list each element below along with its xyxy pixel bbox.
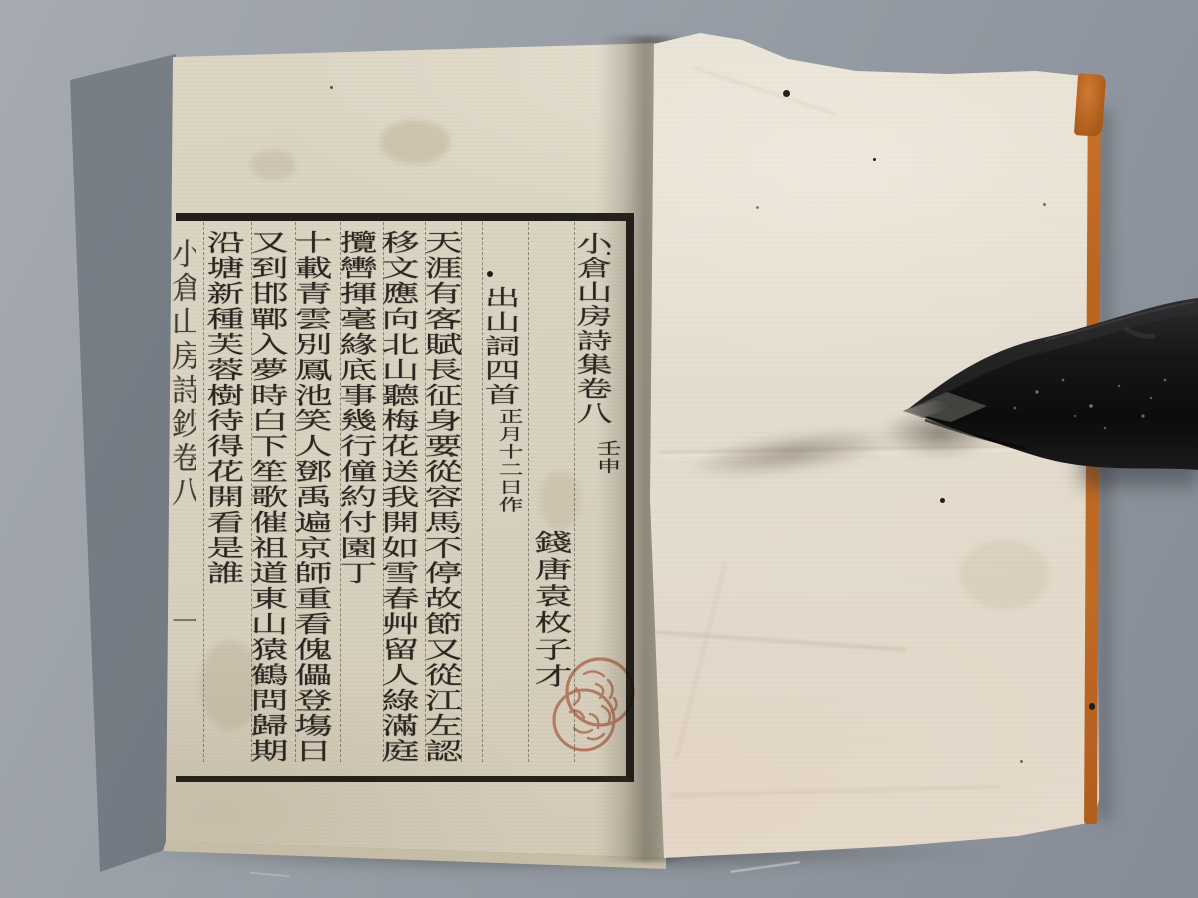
page-speck: [873, 158, 876, 161]
poem-line-4: 十載青雲別鳳池笑人鄧禹遍京師重看傀儡登塲日: [297, 230, 337, 764]
page-crease: [670, 786, 1000, 797]
paper-stain: [960, 540, 1050, 610]
poem-line-3: 攬轡揮毫緣底事幾行僮約付園丁: [342, 230, 382, 586]
page-number-text: 一: [170, 606, 196, 640]
page-speck: [783, 90, 790, 97]
running-title-fold: 小倉山房詩鈔卷八: [170, 238, 196, 530]
photo-of-antique-book: 小倉山房詩鈔卷八 一 小倉山房詩集卷八 壬申 錢唐袁枚子才 出山詞四首 正月十二…: [0, 0, 1198, 898]
page-speck: [1043, 203, 1046, 206]
edge-speck: [1089, 703, 1095, 710]
page-crease: [656, 631, 906, 650]
poem-line-5: 又到邯鄲入夢時白下笙歌催祖道東山猿鶴問歸期: [253, 230, 293, 764]
page-number-fold: 一: [170, 606, 196, 642]
poem-date-note: 正月十二日作: [498, 408, 526, 514]
paperweight: [895, 288, 1198, 478]
cover-corner: [1074, 73, 1106, 137]
page-speck: [940, 498, 945, 503]
page-crease: [693, 67, 836, 115]
poem-line-6: 沿塘新種芙蓉樹待得花開看是誰: [209, 230, 249, 586]
paper-stain: [250, 150, 296, 180]
page-crease: [676, 563, 726, 758]
poem-line-1: 天涯有客賦長征身要從容馬不停故節又從江左認: [427, 230, 467, 764]
page-speck: [756, 206, 759, 209]
running-title-text: 小倉山房詩鈔卷八: [170, 238, 196, 510]
paper-stain: [380, 120, 450, 164]
page-speck: [1020, 760, 1023, 763]
poem-title-column: 出山詞四首: [486, 286, 526, 407]
poem-line-2: 移文應向北山聽梅花送我開如雪春艸留人綠滿庭: [384, 230, 424, 764]
ink-speck: [330, 86, 333, 89]
